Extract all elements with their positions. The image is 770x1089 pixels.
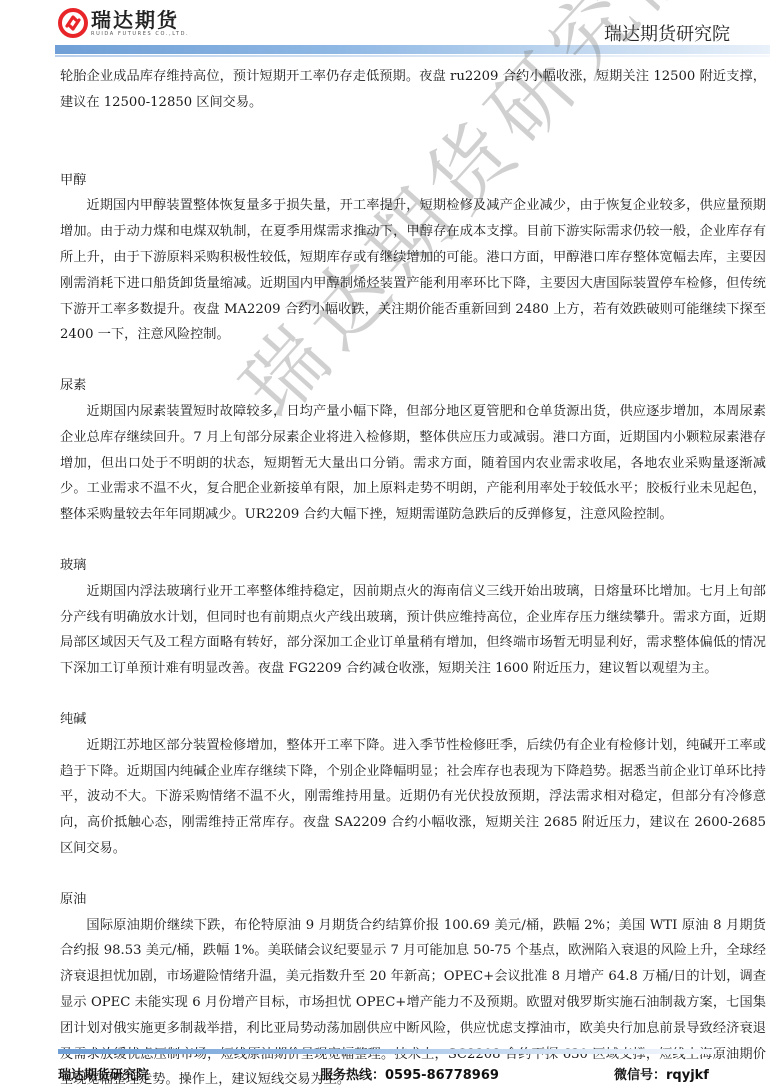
section-title-crude-oil: 原油 — [60, 887, 766, 913]
footer-divider-band — [58, 1049, 716, 1054]
logo-chinese-name: 瑞达期货 — [91, 9, 189, 31]
section-title-glass: 玻璃 — [60, 553, 766, 579]
footer-hotline: 服务热线：0595-86778969 — [320, 1064, 499, 1083]
footer-wechat: 微信号：rqyjkf — [614, 1064, 709, 1083]
page-header: 瑞达期货 RUIDA FUTURES CO.,LTD. 瑞达期货研究院 — [0, 0, 770, 60]
logo-english-name: RUIDA FUTURES CO.,LTD. — [91, 31, 189, 38]
page-footer: 瑞达期货研究院 服务热线：0595-86778969 微信号：rqyjkf — [58, 1064, 718, 1084]
section-text-methanol: 近期国内甲醇装置整体恢复量多于损失量，开工率提升，短期检修及减产企业减少，由于恢… — [60, 193, 766, 348]
header-title: 瑞达期货研究院 — [604, 20, 730, 46]
header-divider-line — [55, 55, 770, 57]
section-text-glass: 近期国内浮法玻璃行业开工率整体维持稳定，因前期点火的海南信义三线开始出玻璃，日熔… — [60, 579, 766, 682]
report-body: 轮胎企业成品库存维持高位，预计短期开工率仍存走低预期。夜盘 ru2209 合约小… — [60, 64, 766, 1089]
section-text-crude-oil: 国际原油期价继续下跌，布伦特原油 9 月期货合约结算价报 100.69 美元/桶… — [60, 913, 766, 1089]
header-divider-band — [55, 45, 770, 54]
section-text-soda-ash: 近期江苏地区部分装置检修增加，整体开工率下降。进入季节性检修旺季，后续仍有企业有… — [60, 733, 766, 862]
footer-org: 瑞达期货研究院 — [58, 1064, 149, 1083]
intro-paragraph: 轮胎企业成品库存维持高位，预计短期开工率仍存走低预期。夜盘 ru2209 合约小… — [60, 64, 766, 116]
company-logo: 瑞达期货 RUIDA FUTURES CO.,LTD. — [58, 6, 189, 40]
section-title-methanol: 甲醇 — [60, 168, 766, 194]
ruida-logo-icon — [58, 8, 88, 38]
section-title-urea: 尿素 — [60, 373, 766, 399]
section-title-soda-ash: 纯碱 — [60, 707, 766, 733]
section-text-urea: 近期国内尿素装置短时故障较多，日均产量小幅下降，但部分地区夏管肥和仓单货源出货，… — [60, 399, 766, 528]
